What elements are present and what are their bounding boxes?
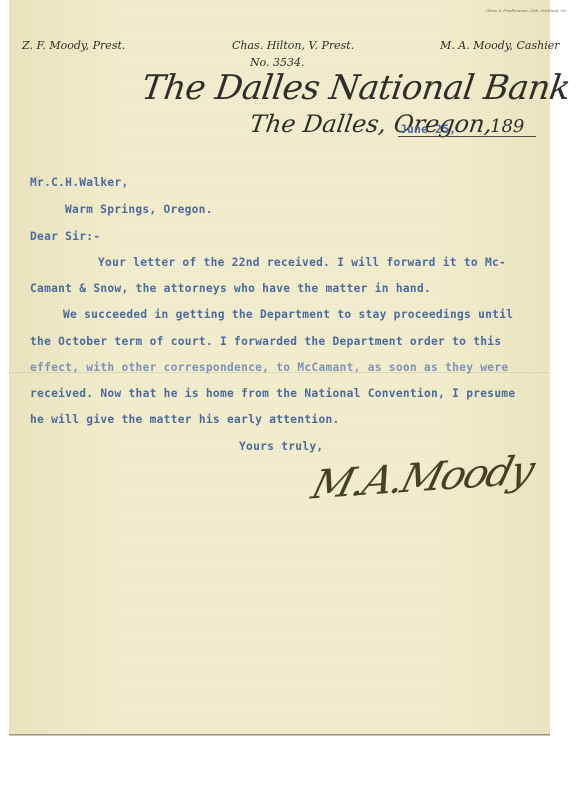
letter-date: June 25, — [400, 123, 456, 136]
printer-credit: Glass & Prudhomme, Lith. Portland, Or. — [486, 8, 567, 13]
body-line: effect, with other correspondence, to Mc… — [30, 361, 508, 374]
year-prefix: 189 — [490, 116, 524, 137]
body-line: the October term of court. I forwarded t… — [30, 335, 501, 348]
bank-name: The Dalles National Bank — [139, 68, 572, 108]
officer-president: Z. F. Moody, Prest. — [22, 39, 125, 52]
body-line: he will give the matter his early attent… — [30, 413, 340, 426]
body-line: received. Now that he is home from the N… — [30, 387, 515, 400]
recipient-name: Mr.C.H.Walker, — [30, 176, 129, 189]
bank-place: The Dalles, Oregon, — [248, 110, 494, 138]
recipient-address: Warm Springs, Oregon. — [65, 203, 213, 216]
body-line: Camant & Snow, the attorneys who have th… — [30, 282, 431, 295]
officer-vice-president: Chas. Hilton, V. Prest. — [232, 39, 354, 52]
body-line: Your letter of the 22nd received. I will… — [98, 256, 506, 269]
closing: Yours truly, — [239, 440, 323, 453]
officer-cashier: M. A. Moody, Cashier — [440, 39, 559, 52]
body-line: We succeeded in getting the Department t… — [63, 308, 513, 321]
salutation: Dear Sir:- — [30, 230, 100, 243]
